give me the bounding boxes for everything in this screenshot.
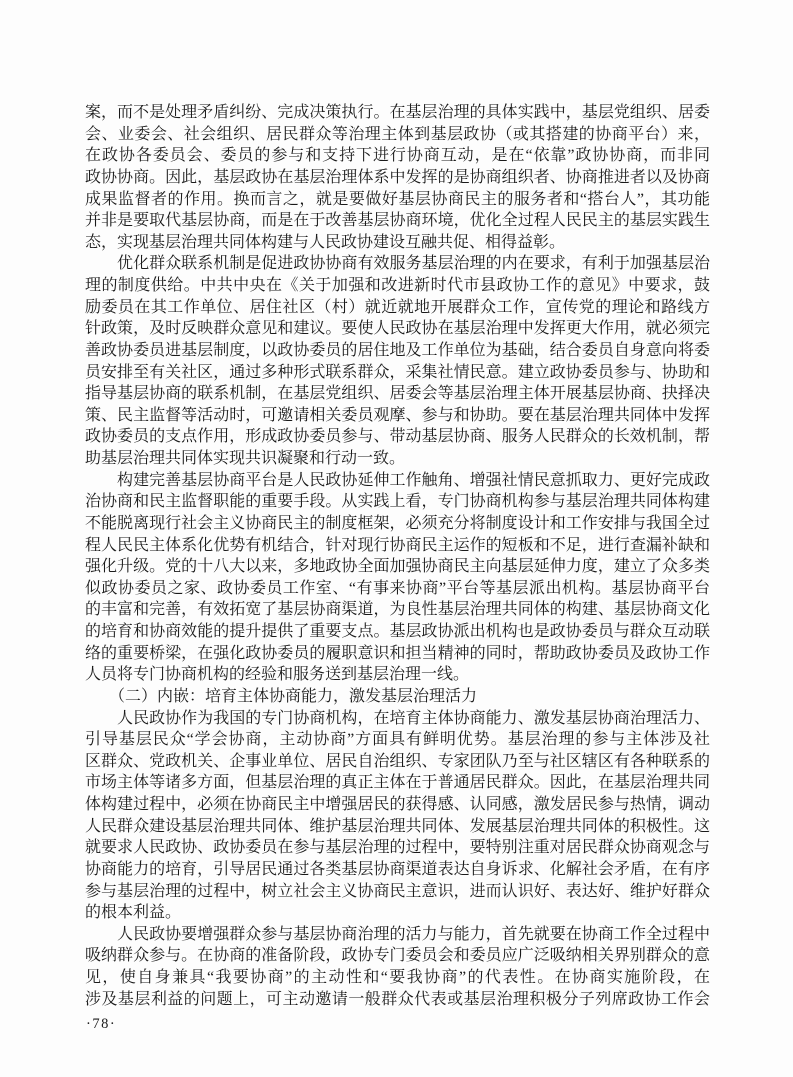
text-line: 涉及基层利益的问题上，可主动邀请一般群众代表或基层治理积极分子列席政协工作会 <box>85 989 710 1011</box>
paragraph: 优化群众联系机制是促进政协协商有效服务基层治理的内在要求，有利于加强基层治理的制… <box>85 253 710 469</box>
paragraph: 人民政协作为我国的专门协商机构，在培育主体协商能力、激发基层协商治理活力、引导基… <box>85 708 710 924</box>
text-line: 不能脱离现行社会主义协商民主的制度框架，必须充分将制度设计和工作安排与我国全过 <box>85 513 710 535</box>
text-line: 政协委员的支点作用，形成政协委员参与、带动基层协商、服务人民群众的长效机制，帮 <box>85 426 710 448</box>
text-line: 理的制度供给。中共中央在《关于加强和改进新时代市县政协工作的意见》中要求，鼓 <box>85 275 710 297</box>
paragraph: 案，而不是处理矛盾纠纷、完成决策执行。在基层治理的具体实践中，基层党组织、居委会… <box>85 102 710 253</box>
text-line: 成果监督者的作用。换而言之，就是要做好基层协商民主的服务者和“搭台人”，其功能 <box>85 189 710 211</box>
text-line: 络的重要桥梁，在强化政协委员的履职意识和担当精神的同时，帮助政协委员及政协工作 <box>85 643 710 665</box>
section-heading: （二）内嵌：培育主体协商能力，激发基层治理活力 <box>85 686 710 708</box>
heading-line: （二）内嵌：培育主体协商能力，激发基层治理活力 <box>85 686 710 708</box>
text-line: 指导基层协商的联系机制，在基层党组织、居委会等基层治理主体开展基层协商、抉择决 <box>85 383 710 405</box>
text-line: 态，实现基层治理共同体构建与人民政协建设互融共促、相得益彰。 <box>85 232 710 254</box>
text-line: 区群众、党政机关、企事业单位、居民自治组织、专家团队乃至与社区辖区有各种联系的 <box>85 751 710 773</box>
text-line: 构建完善基层协商平台是人民政协延伸工作触角、增强社情民意抓取力、更好完成政 <box>85 470 710 492</box>
text-line: 针政策，及时反映群众意见和建议。要使人民政协在基层治理中发挥更大作用，就必须完 <box>85 318 710 340</box>
text-line: 见，使自身兼具“我要协商”的主动性和“要我协商”的代表性。在协商实施阶段，在 <box>85 967 710 989</box>
text-line: 吸纳群众参与。在协商的准备阶段，政协专门委员会和委员应广泛吸纳相关界别群众的意 <box>85 945 710 967</box>
text-line: 治协商和民主监督职能的重要手段。从实践上看，专门协商机构参与基层治理共同体构建 <box>85 491 710 513</box>
text-line: 员安排至有关社区，通过多种形式联系群众，采集社情民意。建立政协委员参与、协助和 <box>85 362 710 384</box>
text-line: 的培育和协商效能的提升提供了重要支点。基层政协派出机构也是政协委员与群众互动联 <box>85 621 710 643</box>
text-line: 在政协各委员会、委员的参与和支持下进行协商互动，是在“依靠”政协协商，而非同 <box>85 145 710 167</box>
text-line: 助基层治理共同体实现共识凝聚和行动一致。 <box>85 448 710 470</box>
text-line: 参与基层治理的过程中，树立社会主义协商民主意识，进而认识好、表达好、维护好群众 <box>85 881 710 903</box>
text-line: 协商能力的培育，引导居民通过各类基层协商渠道表达自身诉求、化解社会矛盾，在有序 <box>85 859 710 881</box>
text-block: 案，而不是处理矛盾纠纷、完成决策执行。在基层治理的具体实践中，基层党组织、居委会… <box>85 102 710 1010</box>
text-line: 体构建过程中，必须在协商民主中增强居民的获得感、认同感，激发居民参与热情，调动 <box>85 794 710 816</box>
text-line: 人员将专门协商机构的经验和服务送到基层治理一线。 <box>85 664 710 686</box>
text-line: 善政协委员进基层制度，以政协委员的居住地及工作单位为基础，结合委员自身意向将委 <box>85 340 710 362</box>
page-number: ·78· <box>86 1016 116 1033</box>
text-line: 的丰富和完善，有效拓宽了基层协商渠道，为良性基层治理共同体的构建、基层协商文化 <box>85 599 710 621</box>
text-line: 人民群众建设基层治理共同体、维护基层治理共同体、发展基层治理共同体的积极性。这 <box>85 816 710 838</box>
text-line: 并非是要取代基层协商，而是在于改善基层协商环境，优化全过程人民民主的基层实践生 <box>85 210 710 232</box>
text-line: 优化群众联系机制是促进政协协商有效服务基层治理的内在要求，有利于加强基层治 <box>85 253 710 275</box>
text-line: 的根本利益。 <box>85 902 710 924</box>
paragraph: 构建完善基层协商平台是人民政协延伸工作触角、增强社情民意抓取力、更好完成政治协商… <box>85 470 710 686</box>
text-line: 励委员在其工作单位、居住社区（村）就近就地开展群众工作，宣传党的理论和路线方 <box>85 297 710 319</box>
text-line: 就要求人民政协、政协委员在参与基层治理的过程中，要特别注重对居民群众协商观念与 <box>85 837 710 859</box>
text-line: 强化升级。党的十八大以来，多地政协全面加强协商民主向基层延伸力度，建立了众多类 <box>85 556 710 578</box>
text-line: 人民政协要增强群众参与基层协商治理的活力与能力，首先就要在协商工作全过程中 <box>85 924 710 946</box>
document-page: 案，而不是处理矛盾纠纷、完成决策执行。在基层治理的具体实践中，基层党组织、居委会… <box>0 0 793 1077</box>
paragraph: 人民政协要增强群众参与基层协商治理的活力与能力，首先就要在协商工作全过程中吸纳群… <box>85 924 710 1011</box>
text-line: 程人民民主体系化优势有机结合，针对现行协商民主运作的短板和不足，进行查漏补缺和 <box>85 535 710 557</box>
text-line: 市场主体等诸多方面，但基层治理的真正主体在于普通居民群众。因此，在基层治理共同 <box>85 772 710 794</box>
text-line: 案，而不是处理矛盾纠纷、完成决策执行。在基层治理的具体实践中，基层党组织、居委 <box>85 102 710 124</box>
text-line: 人民政协作为我国的专门协商机构，在培育主体协商能力、激发基层协商治理活力、 <box>85 708 710 730</box>
text-line: 政协协商。因此，基层政协在基层治理体系中发挥的是协商组织者、协商推进者以及协商 <box>85 167 710 189</box>
text-line: 似政协委员之家、政协委员工作室、“有事来协商”平台等基层派出机构。基层协商平台 <box>85 578 710 600</box>
text-line: 引导基层民众“学会协商，主动协商”方面具有鲜明优势。基层治理的参与主体涉及社 <box>85 729 710 751</box>
text-line: 会、业委会、社会组织、居民群众等治理主体到基层政协（或其搭建的协商平台）来， <box>85 124 710 146</box>
text-line: 策、民主监督等活动时，可邀请相关委员观摩、参与和协助。要在基层治理共同体中发挥 <box>85 405 710 427</box>
